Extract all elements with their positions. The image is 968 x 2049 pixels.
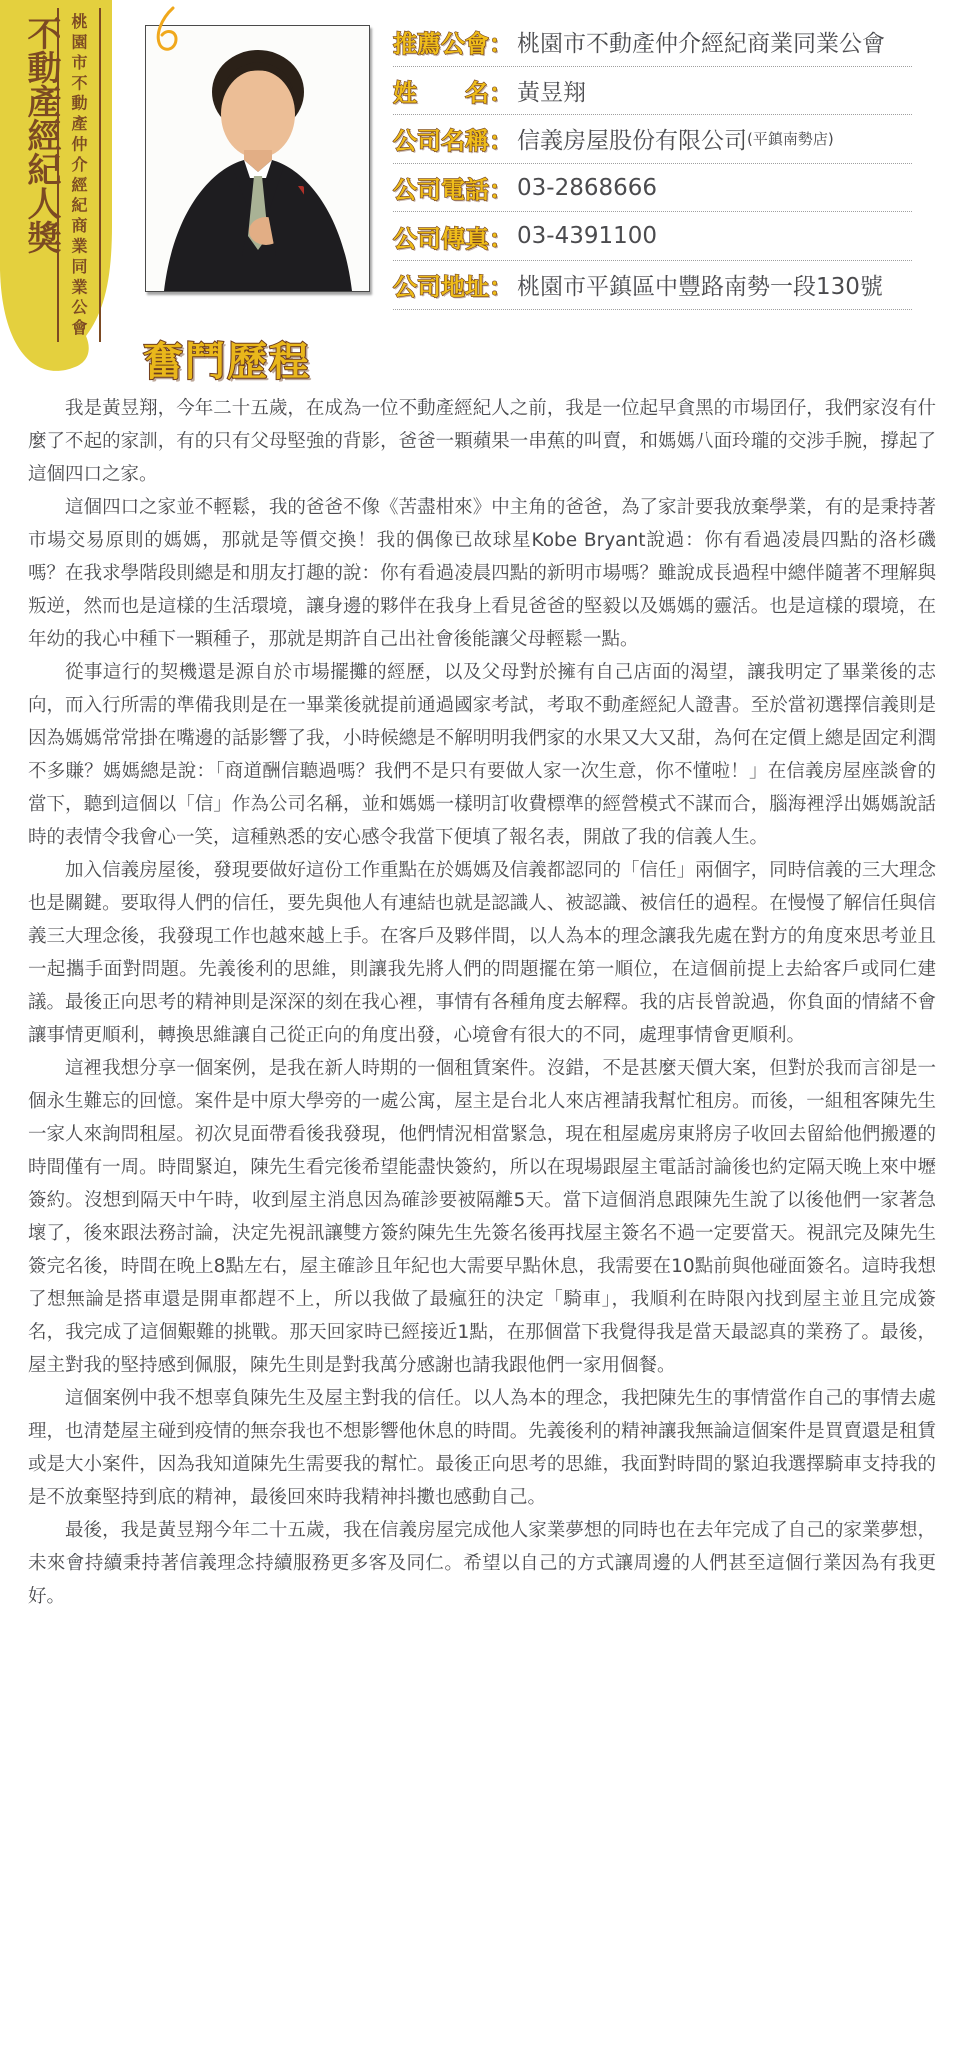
info-value: 03-4391100 — [517, 223, 657, 249]
info-label: 推薦公會 — [393, 24, 489, 59]
paragraph: 我是黃昱翔，今年二十五歲，在成為一位不動產經紀人之前，我是一位起早貪黑的市場囝仔… — [28, 392, 936, 491]
portrait-silhouette — [146, 26, 369, 291]
profile-info-panel: 推薦公會： 桃園市不動產仲介經紀商業同業公會 姓 名： 黃昱翔 公司名稱： 信義… — [393, 18, 912, 310]
info-row-company-fax: 公司傳真： 03-4391100 — [393, 212, 912, 261]
info-row-name: 姓 名： 黃昱翔 — [393, 67, 912, 116]
paragraph: 從事這行的契機還是源自於市場擺攤的經歷，以及父母對於擁有自己店面的渴望，讓我明定… — [28, 656, 936, 854]
info-colon: ： — [489, 121, 513, 156]
paragraph: 加入信義房屋後，發現要做好這份工作重點在於媽媽及信義都認同的「信任」兩個字，同時… — [28, 854, 936, 1052]
paragraph: 這裡我想分享一個案例，是我在新人時期的一個租賃案件。沒錯，不是甚麼天價大案，但對… — [28, 1052, 936, 1382]
script-loop-decoration-icon — [149, 4, 187, 56]
info-label: 公司電話 — [393, 170, 489, 205]
award-association-subtitle: 桃園市不動產仲介經紀商業同業公會 — [70, 13, 86, 339]
paragraph: 這個四口之家並不輕鬆，我的爸爸不像《苦盡柑來》中主角的爸爸，為了家計要我放棄學業… — [28, 491, 936, 656]
info-colon: ： — [489, 170, 513, 205]
paragraph: 這個案例中我不想辜負陳先生及屋主對我的信任。以人為本的理念，我把陳先生的事情當作… — [28, 1382, 936, 1514]
info-label: 公司傳真 — [393, 219, 489, 254]
info-label: 公司地址 — [393, 267, 489, 302]
info-row-company-address: 公司地址： 桃園市平鎮區中豐路南勢一段130號 — [393, 261, 912, 310]
info-colon: ： — [489, 267, 513, 302]
info-row-company-name: 公司名稱： 信義房屋股份有限公司(平鎮南勢店) — [393, 115, 912, 164]
award-title: 不動產經紀人獎 — [24, 16, 58, 254]
info-value: 桃園市平鎮區中豐路南勢一段130號 — [517, 268, 883, 301]
profile-photo — [145, 25, 370, 292]
info-label: 姓 名 — [393, 73, 489, 108]
award-ribbon: 不動產經紀人獎 桃園市不動產仲介經紀商業同業公會 — [0, 0, 120, 390]
info-colon: ： — [489, 219, 513, 254]
info-value-branch: (平鎮南勢店) — [747, 128, 834, 149]
biography-text: 我是黃昱翔，今年二十五歲，在成為一位不動產經紀人之前，我是一位起早貪黑的市場囝仔… — [28, 392, 936, 1613]
info-label: 公司名稱 — [393, 121, 489, 156]
info-value: 信義房屋股份有限公司 — [517, 122, 747, 155]
info-colon: ： — [489, 73, 513, 108]
award-page: 不動產經紀人獎 桃園市不動產仲介經紀商業同業公會 推薦公會： 桃園市不動產仲介經… — [0, 0, 968, 2049]
info-colon: ： — [489, 24, 513, 59]
info-value: 03-2868666 — [517, 175, 657, 201]
info-row-company-phone: 公司電話： 03-2868666 — [393, 164, 912, 213]
info-value: 黃昱翔 — [517, 74, 586, 107]
info-row-association: 推薦公會： 桃園市不動產仲介經紀商業同業公會 — [393, 18, 912, 67]
paragraph: 最後，我是黃昱翔今年二十五歲，我在信義房屋完成他人家業夢想的同時也在去年完成了自… — [28, 1514, 936, 1613]
section-heading: 奮鬥歷程 — [143, 330, 311, 387]
info-value: 桃園市不動產仲介經紀商業同業公會 — [517, 25, 885, 58]
